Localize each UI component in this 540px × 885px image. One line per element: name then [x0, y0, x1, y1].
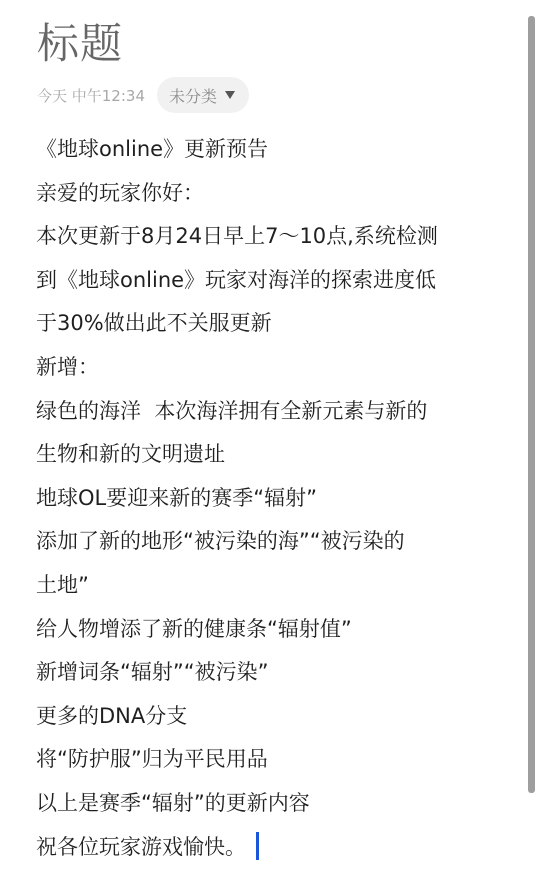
body-line: 新增： — [36, 346, 506, 390]
body-line: 新增词条“辐射”“被污染” — [36, 651, 506, 695]
category-label: 未分类 — [169, 84, 217, 107]
category-dropdown[interactable]: 未分类 — [157, 77, 249, 113]
note-meta: 今天 中午12:34 未分类 — [37, 77, 249, 113]
note-title[interactable]: 标题 — [37, 18, 123, 70]
body-line: 给人物增添了新的健康条“辐射值” — [36, 608, 506, 652]
scrollbar-thumb[interactable] — [528, 16, 535, 793]
caret-down-icon — [225, 91, 235, 99]
text-cursor — [256, 832, 259, 860]
body-line: 《地球online》更新预告 — [36, 128, 506, 172]
body-line-last: 祝各位玩家游戏愉快。 — [36, 826, 506, 870]
body-line: 地球OL要迎来新的赛季“辐射” — [36, 477, 506, 521]
body-line-text: 祝各位玩家游戏愉快。 — [36, 835, 246, 859]
body-line: 以上是赛季“辐射”的更新内容 — [36, 782, 506, 826]
note-date: 今天 中午12:34 — [37, 85, 145, 106]
body-line: 绿色的海洋 本次海洋拥有全新元素与新的 — [36, 390, 506, 434]
body-line: 将“防护服”归为平民用品 — [36, 738, 506, 782]
body-line: 本次更新于8月24日早上7～10点,系统检测 — [36, 215, 506, 259]
note-body-editor[interactable]: 《地球online》更新预告 亲爱的玩家你好： 本次更新于8月24日早上7～10… — [36, 128, 506, 869]
body-line: 生物和新的文明遗址 — [36, 433, 506, 477]
body-line: 更多的DNA分支 — [36, 695, 506, 739]
body-line: 到《地球online》玩家对海洋的探索进度低 — [36, 259, 506, 303]
body-line: 土地” — [36, 564, 506, 608]
body-line: 于30%做出此不关服更新 — [36, 302, 506, 346]
body-line: 亲爱的玩家你好： — [36, 172, 506, 216]
body-line: 添加了新的地形“被污染的海”“被污染的 — [36, 520, 506, 564]
